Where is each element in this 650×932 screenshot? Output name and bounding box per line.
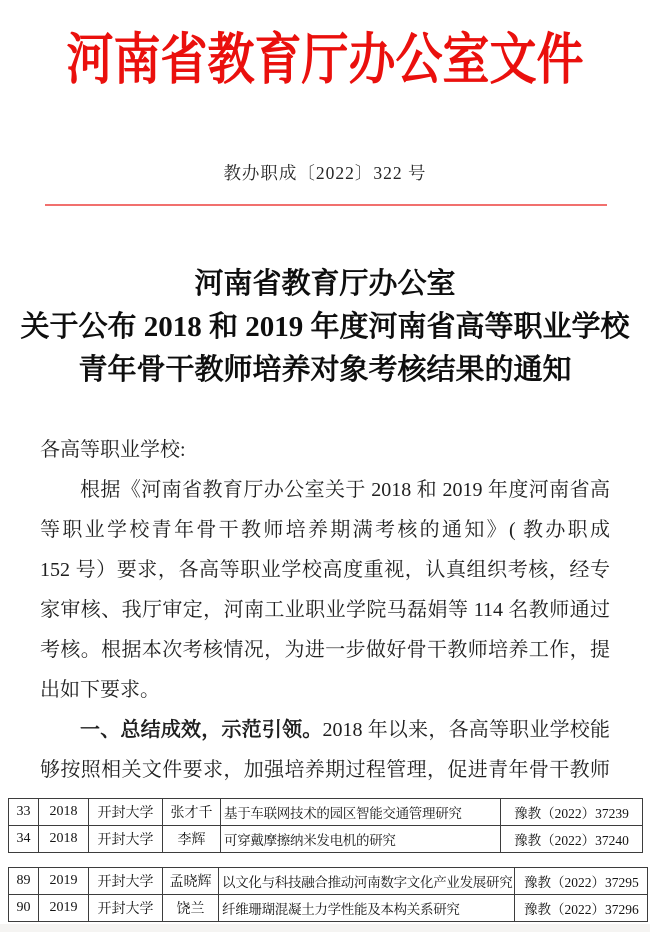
cell-title: 可穿戴摩擦纳米发电机的研究	[221, 826, 501, 853]
salutation: 各高等职业学校:	[40, 430, 610, 470]
notice-title-line2: 关于公布 2018 和 2019 年度河南省高等职业学校	[0, 306, 650, 349]
table-row: 332018开封大学张才千基于车联网技术的园区智能交通管理研究豫教（2022）3…	[9, 799, 643, 826]
cell-cert: 豫教（2022）37239	[501, 799, 643, 826]
cell-cert: 豫教（2022）37296	[515, 895, 648, 922]
section-text: 2018 年以来，各高等职业学校能	[323, 719, 611, 741]
cell-cert: 豫教（2022）37295	[515, 868, 648, 895]
table-row: 902019开封大学饶兰纤维珊瑚混凝土力学性能及本构关系研究豫教（2022）37…	[9, 895, 648, 922]
cell-no: 34	[9, 826, 39, 853]
body-text: 各高等职业学校: 根据《河南省教育厅办公室关于 2018 和 2019 年度河南…	[40, 430, 610, 790]
red-divider-line	[45, 204, 607, 206]
cell-name: 李辉	[163, 826, 221, 853]
cell-name: 张才千	[163, 799, 221, 826]
cell-year: 2018	[39, 799, 89, 826]
cell-year: 2019	[39, 895, 89, 922]
body-line: 出如下要求。	[40, 670, 610, 710]
cell-no: 90	[9, 895, 39, 922]
cell-school: 开封大学	[89, 826, 163, 853]
cell-title: 基于车联网技术的园区智能交通管理研究	[221, 799, 501, 826]
cell-title: 纤维珊瑚混凝土力学性能及本构关系研究	[219, 895, 515, 922]
approval-table-fragment-2: 892019开封大学孟晓辉以文化与科技融合推动河南数字文化产业发展研究豫教（20…	[8, 867, 648, 922]
letterhead-title: 河南省教育厅办公室文件	[0, 24, 650, 97]
body-line: 考核。根据本次考核情况，为进一步做好骨干教师培养工作，提	[40, 630, 610, 670]
cell-school: 开封大学	[89, 868, 163, 895]
section-heading-bold: 一、总结成效，示范引领。	[80, 719, 323, 741]
cell-name: 孟晓辉	[163, 868, 219, 895]
table-row: 892019开封大学孟晓辉以文化与科技融合推动河南数字文化产业发展研究豫教（20…	[9, 868, 648, 895]
cell-name: 饶兰	[163, 895, 219, 922]
body-line: 够按照相关文件要求，加强培养期过程管理，促进青年骨干教师	[40, 750, 610, 790]
page-bottom-edge	[0, 924, 650, 932]
cell-no: 33	[9, 799, 39, 826]
body-line: 等职业学校青年骨干教师培养期满考核的通知》( 教办职成〔2022〕	[40, 510, 610, 550]
body-line: 152 号）要求，各高等职业学校高度重视，认真组织考核，经专	[40, 550, 610, 590]
document-number: 教办职成〔2022〕322 号	[0, 162, 650, 184]
cell-school: 开封大学	[89, 799, 163, 826]
notice-title-line1: 河南省教育厅办公室	[0, 263, 650, 306]
body-line: 家审核、我厅审定，河南工业职业学院马磊娟等 114 名教师通过	[40, 590, 610, 630]
cell-year: 2018	[39, 826, 89, 853]
cell-no: 89	[9, 868, 39, 895]
body-line: 根据《河南省教育厅办公室关于 2018 和 2019 年度河南省高	[40, 470, 610, 510]
cell-cert: 豫教（2022）37240	[501, 826, 643, 853]
approval-table-fragment-1: 332018开封大学张才千基于车联网技术的园区智能交通管理研究豫教（2022）3…	[8, 798, 643, 853]
cell-year: 2019	[39, 868, 89, 895]
cell-school: 开封大学	[89, 895, 163, 922]
table-row: 342018开封大学李辉可穿戴摩擦纳米发电机的研究豫教（2022）37240	[9, 826, 643, 853]
notice-title: 河南省教育厅办公室 关于公布 2018 和 2019 年度河南省高等职业学校 青…	[0, 263, 650, 392]
notice-title-line3: 青年骨干教师培养对象考核结果的通知	[0, 349, 650, 392]
document-page: 河南省教育厅办公室文件 教办职成〔2022〕322 号 河南省教育厅办公室 关于…	[0, 0, 650, 932]
body-line: 一、总结成效，示范引领。2018 年以来，各高等职业学校能	[40, 710, 610, 750]
cell-title: 以文化与科技融合推动河南数字文化产业发展研究	[219, 868, 515, 895]
